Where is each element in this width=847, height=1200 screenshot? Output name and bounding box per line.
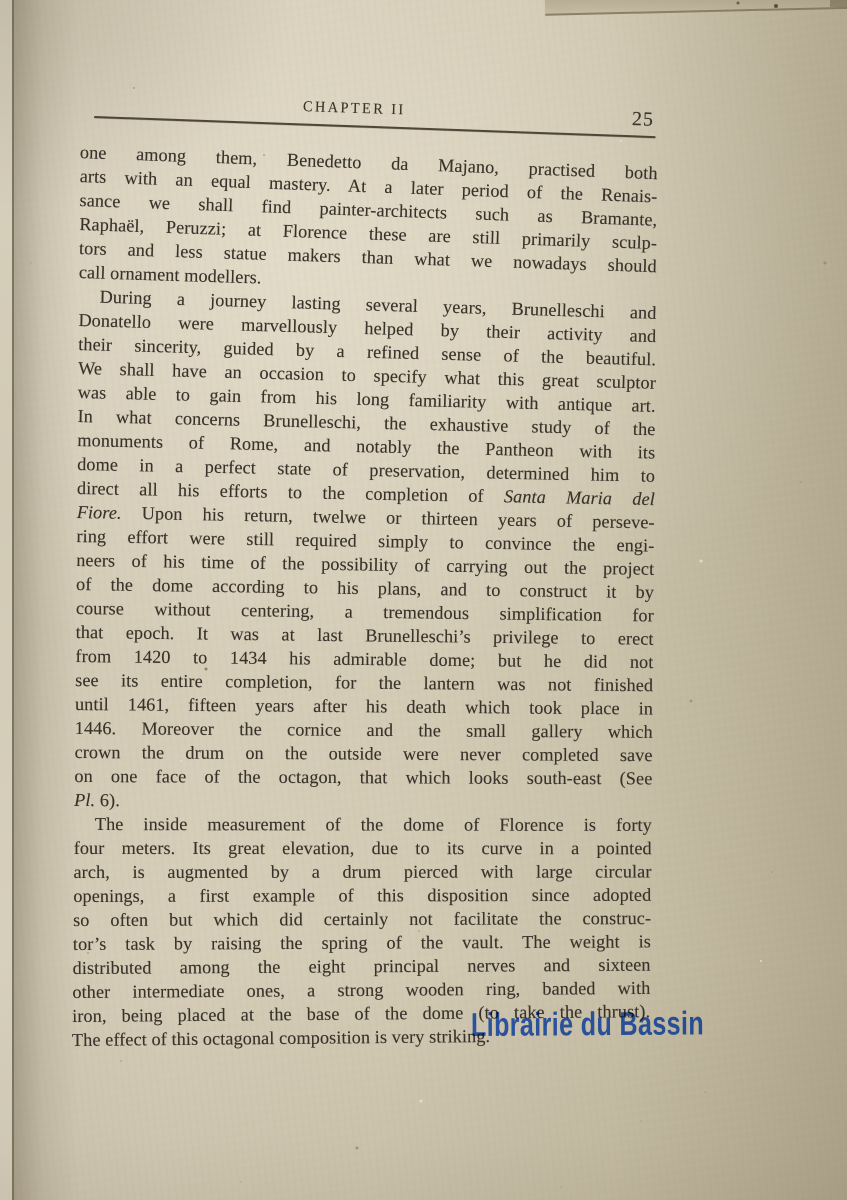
text-segment: four meters. Its great elevation, due to… — [74, 838, 652, 858]
text-line: so often but which did certainly not fac… — [73, 906, 651, 932]
italic-text: Santa Maria del — [504, 486, 655, 509]
text-segment: until 1461, fifteen years after his deat… — [75, 694, 653, 719]
text-line: openings, a first example of this dispos… — [73, 883, 651, 908]
text-segment: arch, is augmented by a drum pierced wit… — [73, 861, 651, 882]
text-line: four meters. Its great elevation, due to… — [74, 836, 652, 860]
text-segment: openings, a first example of this dispos… — [73, 885, 651, 906]
text-segment: tor’s task by raising the spring of the … — [73, 931, 651, 954]
text-line: The inside measurement of the dome of Fl… — [74, 812, 652, 837]
text-segment: other intermediate ones, a strong wooden… — [72, 978, 650, 1002]
bookseller-watermark: Librairie du Bassin — [471, 1004, 704, 1044]
text-segment: see its entire completion, for the lante… — [75, 670, 653, 695]
book-page-photo: CHAPTER II 25 one among them, Benedetto … — [0, 0, 847, 1200]
italic-text: Pl. — [74, 790, 95, 810]
text-segment: distributed among the eight principal ne… — [73, 955, 651, 978]
text-segment: call ornament modellers. — [79, 262, 262, 288]
text-segment: The inside measurement of the dome of Fl… — [95, 814, 652, 835]
text-line: arch, is augmented by a drum pierced wit… — [73, 859, 651, 884]
text-line: Pl. 6). — [74, 788, 652, 814]
text-line: crown the drum on the outside were never… — [75, 740, 653, 767]
text-block: one among them, Benedetto da Majano, pra… — [0, 0, 847, 1200]
text-segment: 6). — [95, 790, 120, 810]
text-segment: 1446. Moreover the cornice and the small… — [75, 718, 653, 742]
text-segment: crown the drum on the outside were never… — [75, 742, 653, 765]
text-segment: so often but which did certainly not fac… — [73, 908, 651, 930]
text-segment: on one face of the octagon, that which l… — [74, 766, 652, 788]
italic-text: Fiore. — [77, 502, 122, 523]
text-line: tor’s task by raising the spring of the … — [73, 929, 651, 956]
text-line: on one face of the octagon, that which l… — [74, 764, 652, 790]
text-segment: The effect of this octagonal composition… — [72, 1026, 490, 1050]
